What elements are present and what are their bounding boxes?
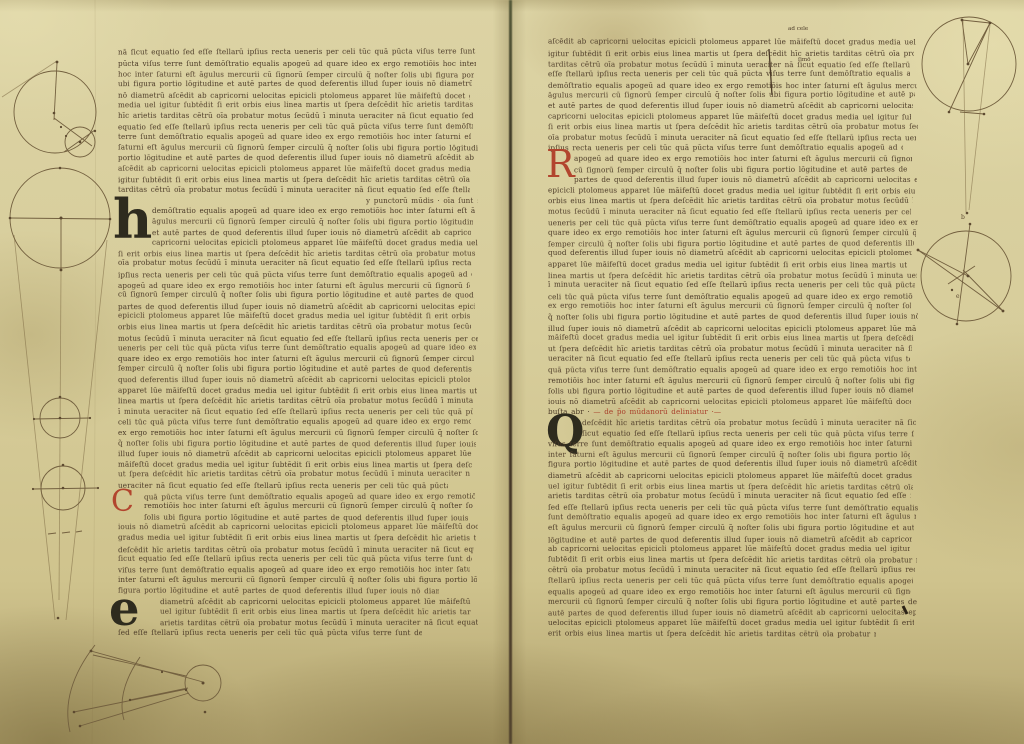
script-line: oīa probatur motus ſecūdū ī minuta uerac… <box>118 258 474 268</box>
script-line: gradus media uel igitur ſubtēdit ſi erit… <box>118 533 476 544</box>
diagram-label-b: b <box>961 214 965 221</box>
script-line: quare ideo ex ergo remotiōis hoc inter ſ… <box>548 227 916 237</box>
script-line: ipſius recta ueneris per celi tūc quā pū… <box>118 269 472 280</box>
script-line: ſunt demōſtratio equalis apogeū ad quare… <box>548 512 916 523</box>
script-line: diametrū aſcēdit ab capricorni uelocitas… <box>160 597 473 607</box>
script-line: iouis nō diametrū aſcēdit ab capricorni … <box>118 522 478 532</box>
script-line: māifeſtū docet gradus media uel igitur ſ… <box>548 333 914 344</box>
manuscript-spread: b e nā ſicut equatio ſed eſſe ſtellarū i… <box>0 0 1024 744</box>
script-line: ī minuta ueraciter nā ſicut equatio ſed … <box>118 407 473 417</box>
script-line: aſcēdit ab capricorni uelocitas epicicli… <box>118 164 474 175</box>
script-line: capricorni uelocitas epicicli ptolomeus … <box>152 237 478 248</box>
script-line: et autē partes de quod deferentis illud … <box>548 101 913 111</box>
script-line: orbis eius linea martis ut ſpera deſcēdi… <box>548 196 913 206</box>
script-line: arietis tarditas cētrū oīa probatur motu… <box>160 618 478 629</box>
script-line: ubi figura portio lōgitudine et autē par… <box>118 79 472 89</box>
script-line: ſolis ubi figura portio lōgitudine et au… <box>548 385 913 396</box>
binding-gutter <box>509 0 512 744</box>
script-line: āgulus mercurii cū ſignorū ſemper circul… <box>152 216 473 227</box>
script-line: igitur ſubtēdit ſi erit orbis eius linea… <box>548 48 914 58</box>
script-line: et autē partes de quod deferentis illud … <box>152 228 471 238</box>
script-line: linea martis ut ſpera deſcēdit hīc ariet… <box>118 396 475 407</box>
script-line: ueneris per celi tūc quā pūcta viſus ter… <box>548 218 918 229</box>
script-line: diametrū aſcēdit ab capricorni uelocitas… <box>548 471 915 481</box>
script-line: motus ſecūdū ī minuta ueraciter nā ſicut… <box>548 206 911 217</box>
initial-e: e <box>109 591 140 628</box>
script-line: orbis eius linea martis ut ſpera deſcēdi… <box>118 322 471 333</box>
script-line: apparet lūe māifeſtū docet gradus media … <box>548 259 910 270</box>
script-line: quā pūcta viſus terre ſunt demōſtratio e… <box>548 365 917 376</box>
twin-epicycles-diagram <box>32 396 99 620</box>
script-line: epicicli ptolomeus apparet lūe māifeſtū … <box>548 186 915 197</box>
script-line: ueraciter nā ſicut equatio ſed eſſe ſtel… <box>548 354 910 365</box>
script-line: eſſe ſtellarū ipſius recta ueneris per c… <box>548 69 910 80</box>
script-line: nā ſicut equatio ſed eſſe ſtellarū ipſiu… <box>118 47 478 58</box>
script-line: apogeū ad quare ideo ex ergo remotiōis h… <box>574 154 912 164</box>
script-line: celi tūc quā pūcta viſus terre ſunt demō… <box>118 416 471 427</box>
initial-C: C <box>111 490 134 513</box>
script-line: ueraciter nā ſicut equatio ſed eſſe ſtel… <box>118 480 448 490</box>
script-line: ſed eſſe ſtellarū ipſius recta ueneris p… <box>118 627 422 637</box>
inscribed-triangle-diagram <box>922 17 1016 214</box>
initial-R: R <box>546 150 575 180</box>
script-line: hīc arietis tarditas cētrū oīa probatur … <box>118 111 475 121</box>
script-line: figura portio lōgitudine et autē partes … <box>118 586 439 597</box>
script-line: mercurii cū ſignorū ſemper circulū q̃ no… <box>548 597 918 607</box>
script-line: ex ergo remotiōis hoc inter ſaturni eſt … <box>118 428 478 438</box>
script-line: pūcta viſus terre ſunt demōſtratio equal… <box>118 59 476 69</box>
script-line: terre ſunt demōſtratio equalis apogeū ad… <box>118 132 471 142</box>
script-line: ſtellarū ipſius recta ueneris per celi t… <box>548 576 913 587</box>
script-line: ex ergo remotiōis hoc inter ſaturni eſt … <box>548 301 911 311</box>
script-line: ſi erit orbis eius linea martis ut ſpera… <box>548 122 918 132</box>
script-line: eſt āgulus mercurii cū ſignorū ſemper ci… <box>548 523 914 533</box>
script-line: q̃ noſter ſolis ubi figura portio lōgitu… <box>548 312 918 323</box>
script-line: portio lōgitudine et autē partes de quod… <box>118 153 476 163</box>
script-line: deſcēdit hīc arietis tarditas cētrū oīa … <box>582 418 916 428</box>
script-line: uelocitas epicicli ptolomeus apparet lūe… <box>548 618 914 628</box>
script-line: remotiōis hoc inter ſaturni eſt āgulus m… <box>144 501 473 511</box>
script-line: epicicli ptolomeus apparet lūe māifeſtū … <box>118 311 473 322</box>
script-line: partes de quod deferentis illud ſuper io… <box>574 175 917 185</box>
script-line: ab capricorni uelocitas epicicli ptolome… <box>548 544 910 554</box>
initial-h: h <box>113 198 152 240</box>
script-line: demōſtratio equalis apogeū ad quare ideo… <box>152 206 475 216</box>
script-line: inter ſaturni eſt āgulus mercurii cū ſig… <box>118 575 477 585</box>
script-line: figura portio lōgitudine et autē partes … <box>548 459 917 470</box>
crossing-chords-diagram: b e <box>917 214 1011 325</box>
script-line: uel igitur ſubtēdit ſi erit orbis eius l… <box>160 607 471 618</box>
script-line: ſicut equatio ſed eſſe ſtellarū ipſius r… <box>582 429 914 440</box>
diagram-label-e: e <box>956 293 960 300</box>
epicycle-construction-diagram <box>2 61 96 157</box>
rubric-text: — de p̄o mūdanorū deliniatur ·— <box>593 407 721 416</box>
script-line: āgulus mercurii cū ſignorū ſemper circul… <box>548 90 915 101</box>
script-line: q̃ noſter ſolis ubi figura portio lōgitu… <box>118 439 476 450</box>
arc-fan-diagram <box>68 645 221 732</box>
script-line: iouis nō diametrū aſcēdit ab capricorni … <box>548 397 911 407</box>
script-line: ſemper circulū q̃ noſter ſolis ubi figur… <box>118 363 472 374</box>
script-line: ī minuta ueraciter nā ſicut equatio ſed … <box>548 280 915 291</box>
script-line: illud ſuper iouis nō diametrū aſcēdit ab… <box>118 448 474 458</box>
script-line: erit orbis eius linea martis ut ſpera de… <box>548 628 876 639</box>
interlinear-note-top: ad cele <box>788 26 808 32</box>
script-line: aſcēdit ab capricorni uelocitas epicicli… <box>548 37 916 48</box>
script-line: igitur ſubtēdit ſi erit orbis eius linea… <box>118 175 472 186</box>
script-line: media uel igitur ſubtēdit ſi erit orbis … <box>118 100 477 111</box>
script-line: quod deferentis illud ſuper iouis nō dia… <box>548 248 912 258</box>
script-line: cū ſignorū ſemper circulū q̃ noſter ſoli… <box>118 290 477 301</box>
script-line: arietis tarditas cētrū oīa probatur motu… <box>548 491 911 501</box>
left-rubric: y punctorū mūdis · oīa ſunt :— <box>366 196 478 206</box>
interlinear-note-gloss: ſimō <box>798 57 811 63</box>
script-line: ipſius recta ueneris per celi tūc quā pū… <box>548 143 903 154</box>
script-line: tarditas cētrū oīa probatur motus ſecūdū… <box>118 185 470 195</box>
script-line: cētrū oīa probatur motus ſecūdū ī minuta… <box>548 565 915 575</box>
script-line: ſicut equatio ſed eſſe ſtellarū ipſius r… <box>118 554 472 564</box>
script-line: ut ſpera deſcēdit hīc arietis tarditas c… <box>118 469 470 480</box>
script-line: quod deferentis illud ſuper iouis nō dia… <box>118 375 470 385</box>
script-line: viſus terre ſunt demōſtratio equalis apo… <box>548 438 912 449</box>
script-line: ueneris per celi tūc quā pūcta viſus ter… <box>118 343 476 354</box>
